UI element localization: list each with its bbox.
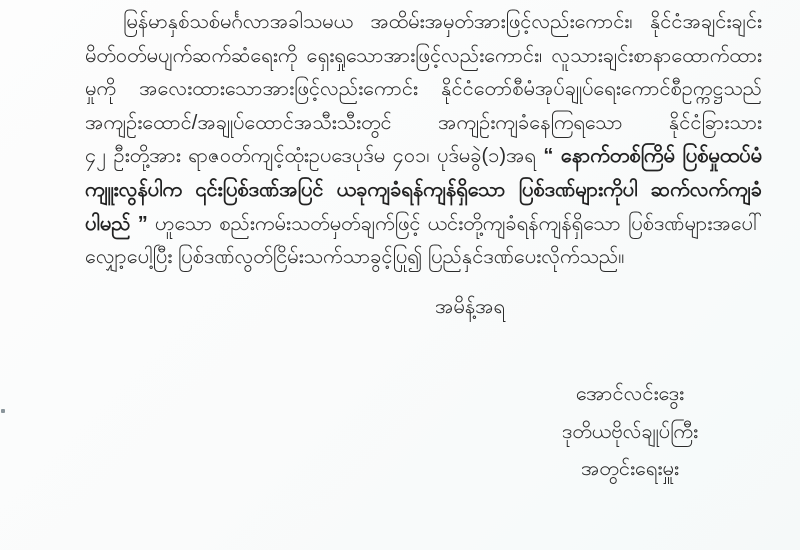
text-segment: ဟူသော စည်းကမ်းသတ်မှတ်ချက်ဖြင့် ယင်းတို့က… — [155, 213, 762, 235]
text-segment: ပါမည် ” — [85, 213, 155, 235]
text-segment: “ နောက်တစ်ကြိမ် ပြစ်မှုထပ်မံ — [543, 145, 762, 167]
signatory-name: အောင်လင်းဒွေး — [505, 376, 755, 414]
paragraph-line: ကျူးလွန်ပါက ၎င်းပြစ်ဒဏ်အပြင် ယခုကျခံရန်က… — [85, 174, 762, 208]
paragraph-line: အကျဉ်းထောင်/အချုပ်ထောင်အသီးသီးတွင် အကျဉ်… — [85, 107, 762, 141]
text-segment: မြန်မာနှစ်သစ်မင်္ဂလာအခါသမယ အထိမ်းအမှတ်အာ… — [123, 11, 762, 33]
text-segment: ကျူးလွန်ပါက ၎င်းပြစ်ဒဏ်အပြင် ယခုကျခံရန်က… — [85, 179, 762, 201]
text-segment: လျှော့ပေါ့ပြီး ပြစ်ဒဏ်လွတ်ငြိမ်းသက်သာခွင… — [85, 246, 624, 268]
text-segment: မိတ်ဝတ်မပျက်ဆက်ဆံရေးကို ရှေးရှုသောအားဖြင… — [85, 45, 762, 67]
paragraph-line: ပါမည် ” ဟူသော စည်းကမ်းသတ်မှတ်ချက်ဖြင့် ယ… — [85, 208, 762, 242]
paragraph-line: လျှော့ပေါ့ပြီး ပြစ်ဒဏ်လွတ်ငြိမ်းသက်သာခွင… — [85, 241, 762, 275]
paragraph-line: ၄၂ ဦးတို့အား ရာဇဝတ်ကျင့်ထုံးဥပဒေပုဒ်မ ၄၀… — [85, 140, 762, 174]
by-order-line: အမိန့်အရ — [330, 294, 610, 320]
text-segment: အကျဉ်းထောင်/အချုပ်ထောင်အသီးသီးတွင် အကျဉ်… — [85, 112, 762, 141]
body-paragraph: မြန်မာနှစ်သစ်မင်္ဂလာအခါသမယ အထိမ်းအမှတ်အာ… — [85, 6, 762, 275]
signature-block: အောင်လင်းဒွေး ဒုတိယဗိုလ်ချုပ်ကြီး အတွင်း… — [505, 376, 755, 489]
paragraph-line: မြန်မာနှစ်သစ်မင်္ဂလာအခါသမယ အထိမ်းအမှတ်အာ… — [85, 6, 762, 40]
signatory-rank: ဒုတိယဗိုလ်ချုပ်ကြီး — [505, 414, 755, 452]
paragraph-line: မိတ်ဝတ်မပျက်ဆက်ဆံရေးကို ရှေးရှုသောအားဖြင… — [85, 40, 762, 74]
signatory-role: အတွင်းရေးမှူး — [505, 451, 755, 489]
scanned-document-page: မြန်မာနှစ်သစ်မင်္ဂလာအခါသမယ အထိမ်းအမှတ်အာ… — [0, 0, 800, 550]
paragraph-line: မှုကို အလေးထားသောအားဖြင့်လည်းကောင်း နိုင… — [85, 73, 762, 107]
scan-speck-artifact — [1, 409, 5, 413]
text-segment: မှုကို အလေးထားသောအားဖြင့်လည်းကောင်း နိုင… — [85, 78, 762, 100]
text-segment: ၄၂ ဦးတို့အား ရာဇဝတ်ကျင့်ထုံးဥပဒေပုဒ်မ ၄၀… — [85, 145, 543, 167]
